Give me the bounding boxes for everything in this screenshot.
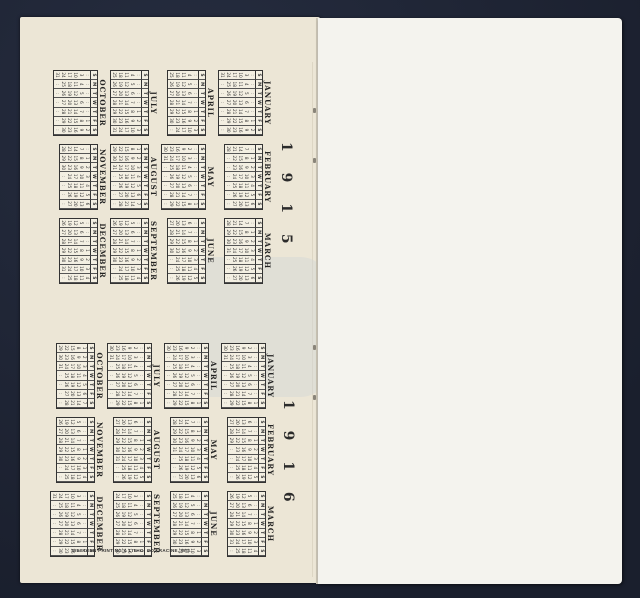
day-cell: 5 (189, 501, 195, 510)
weekday-header: S (255, 126, 262, 135)
day-cell: 5 (252, 473, 258, 482)
day-cell: 8 (243, 154, 249, 163)
day-cell: 8 (243, 228, 249, 237)
day-cell: 20 (177, 510, 183, 519)
day-cell: 19 (69, 381, 75, 390)
day-cell: 12 (132, 473, 138, 482)
day-cell: 8 (132, 399, 138, 408)
month-name: AUGUST (149, 144, 158, 210)
day-cell: 14 (180, 191, 186, 200)
day-cell: 16 (177, 344, 183, 353)
day-cell: : (252, 344, 258, 353)
day-cell: 18 (180, 265, 186, 274)
year-label-1916: 1 9 1 6 (280, 400, 296, 510)
weekday-header: M (87, 427, 94, 436)
month-name: JUNE (209, 491, 218, 557)
day-cell: : (57, 371, 63, 380)
day-cell: 5 (192, 274, 198, 283)
day-cell: 8 (186, 108, 192, 117)
month-january: JANUARYSMTWTFS:::::123456789101112131415… (218, 70, 272, 136)
weekday-header: T (141, 182, 148, 191)
weekday-header: T (258, 529, 265, 538)
weekday-header: W (201, 519, 208, 528)
day-cell: 3 (135, 265, 141, 274)
day-cell: : (111, 172, 117, 181)
day-cell: 12 (123, 219, 129, 228)
weekday-header: S (141, 145, 148, 154)
weekday-header: W (90, 172, 97, 181)
day-cell: 23 (63, 547, 69, 556)
weekday-header: M (87, 353, 94, 362)
day-cell: 7 (81, 399, 87, 408)
day-cell: 9 (246, 529, 252, 538)
day-cell: 29 (60, 117, 66, 126)
day-cell: 6 (132, 418, 138, 427)
day-cell: : (192, 89, 198, 98)
weekday-header: S (198, 126, 205, 135)
day-cell: 7 (78, 145, 84, 154)
day-cell: 19 (126, 473, 132, 482)
day-cell: 24 (57, 492, 63, 501)
day-cell: 14 (123, 237, 129, 246)
day-cell: 6 (84, 200, 90, 209)
day-cell: 22 (174, 200, 180, 209)
day-cell: 7 (186, 228, 192, 237)
day-cell: 17 (237, 246, 243, 255)
weekday-header: T (255, 108, 262, 117)
day-cell: 20 (117, 228, 123, 237)
day-cell: : (81, 436, 87, 445)
day-cell: 1 (138, 399, 144, 408)
weekday-header: S (258, 473, 265, 482)
day-cell: 1 (192, 108, 198, 117)
weekday-header: S (255, 71, 262, 80)
day-cell: : (192, 163, 198, 172)
day-cell: : (252, 362, 258, 371)
month-table: SMTWTFS:12345678910111213141516171819202… (59, 144, 98, 210)
weekday-header: F (198, 117, 205, 126)
weekday-header: S (198, 71, 205, 80)
day-cell: 13 (126, 418, 132, 427)
day-cell: : (165, 390, 171, 399)
day-cell: 18 (117, 71, 123, 80)
day-cell: : (225, 265, 231, 274)
day-cell: 29 (171, 399, 177, 408)
weekday-header: F (141, 117, 148, 126)
day-cell: 5 (246, 492, 252, 501)
day-cell: 31 (111, 126, 117, 135)
day-cell: 25 (234, 547, 240, 556)
day-cell: : (138, 381, 144, 390)
weekday-header: T (198, 237, 205, 246)
day-cell: 20 (69, 390, 75, 399)
day-cell: 26 (177, 464, 183, 473)
day-cell: 16 (123, 256, 129, 265)
day-cell: 4 (246, 362, 252, 371)
day-cell: 18 (123, 172, 129, 181)
day-cell: 26 (114, 510, 120, 519)
staple (313, 108, 316, 113)
day-cell: 17 (69, 362, 75, 371)
day-cell: 20 (174, 219, 180, 228)
month-name: JANUARY (263, 70, 272, 136)
day-cell: 13 (126, 381, 132, 390)
day-cell: 8 (189, 529, 195, 538)
day-cell: 10 (126, 353, 132, 362)
day-cell: 7 (243, 108, 249, 117)
day-cell: 28 (111, 98, 117, 107)
day-cell: 2 (135, 256, 141, 265)
day-cell: 31 (171, 445, 177, 454)
day-cell: 3 (195, 445, 201, 454)
day-cell: 26 (63, 381, 69, 390)
day-cell: 24 (234, 455, 240, 464)
day-cell: 14 (240, 427, 246, 436)
day-cell: 5 (186, 80, 192, 89)
day-cell: 17 (66, 71, 72, 80)
day-cell: 23 (234, 529, 240, 538)
day-cell: 21 (174, 98, 180, 107)
day-cell: 11 (72, 80, 78, 89)
weekday-header: S (141, 219, 148, 228)
weekday-header: S (87, 473, 94, 482)
day-cell: 21 (234, 390, 240, 399)
day-cell: : (114, 464, 120, 473)
weekday-header: S (255, 274, 262, 283)
day-cell: 8 (132, 538, 138, 547)
day-cell: 3 (132, 492, 138, 501)
day-cell: 21 (177, 519, 183, 528)
day-cell: 6 (135, 191, 141, 200)
day-cell: 1 (249, 154, 255, 163)
day-cell: 9 (78, 163, 84, 172)
day-cell: : (138, 353, 144, 362)
day-cell: 16 (126, 445, 132, 454)
day-cell: : (114, 473, 120, 482)
day-cell: 18 (69, 473, 75, 482)
day-cell: 16 (180, 246, 186, 255)
day-cell: 24 (231, 246, 237, 255)
day-cell: 23 (174, 246, 180, 255)
day-cell: : (138, 418, 144, 427)
month-may: MAYSMTWTFS::::::123456789101112131415161… (161, 144, 215, 210)
day-cell: 24 (234, 538, 240, 547)
day-cell: 4 (249, 256, 255, 265)
day-cell: 25 (66, 182, 72, 191)
weekday-header: W (144, 519, 151, 528)
day-cell: : (252, 501, 258, 510)
day-cell: 6 (78, 98, 84, 107)
day-cell: 20 (231, 98, 237, 107)
day-cell: 20 (66, 98, 72, 107)
weekday-header: S (258, 399, 265, 408)
day-cell: : (51, 529, 57, 538)
day-cell: 17 (63, 492, 69, 501)
day-cell: 23 (228, 344, 234, 353)
day-cell: 11 (132, 464, 138, 473)
day-cell: 14 (69, 436, 75, 445)
day-cell: 17 (177, 353, 183, 362)
day-cell: 15 (126, 436, 132, 445)
day-cell: : (252, 353, 258, 362)
day-cell: : (195, 381, 201, 390)
day-cell: 21 (120, 427, 126, 436)
weekday-header: W (255, 98, 262, 107)
day-cell: 15 (180, 200, 186, 209)
weekday-header: S (90, 200, 97, 209)
day-cell: 30 (228, 529, 234, 538)
weekday-header: T (201, 436, 208, 445)
day-cell: 14 (237, 145, 243, 154)
weekday-header: W (198, 246, 205, 255)
day-cell: 26 (117, 182, 123, 191)
day-cell: 28 (171, 390, 177, 399)
day-cell: 19 (174, 80, 180, 89)
day-cell: 19 (123, 182, 129, 191)
day-cell: 2 (138, 445, 144, 454)
day-cell: 12 (180, 172, 186, 181)
day-cell: 17 (72, 172, 78, 181)
day-cell: 27 (168, 219, 174, 228)
day-cell: 28 (60, 145, 66, 154)
day-cell: 3 (186, 154, 192, 163)
day-cell: 16 (123, 154, 129, 163)
day-cell: 1 (81, 538, 87, 547)
weekday-header: F (90, 191, 97, 200)
day-cell: : (168, 256, 174, 265)
day-cell: 7 (78, 237, 84, 246)
day-cell: 29 (228, 519, 234, 528)
weekday-header: T (87, 381, 94, 390)
day-cell: 20 (63, 519, 69, 528)
weekday-header: S (144, 492, 151, 501)
weekday-header: T (201, 381, 208, 390)
day-cell: 14 (75, 399, 81, 408)
day-cell: 13 (183, 381, 189, 390)
day-cell: 7 (246, 510, 252, 519)
day-cell: 18 (72, 182, 78, 191)
day-cell: 26 (171, 371, 177, 380)
day-cell: 25 (57, 501, 63, 510)
day-cell: 25 (231, 256, 237, 265)
day-cell: 26 (57, 510, 63, 519)
day-cell: : (222, 399, 228, 408)
month-table: SMTWTFS::::12345678910111213141516171819… (167, 70, 206, 136)
month-january: JANUARYSMTWTFS::::::12345678910111213141… (221, 343, 275, 409)
day-cell: : (135, 219, 141, 228)
day-cell: 30 (111, 117, 117, 126)
day-cell: : (225, 154, 231, 163)
month-name: JULY (149, 70, 158, 136)
day-cell: : (108, 399, 114, 408)
weekday-header: F (144, 538, 151, 547)
day-cell: 11 (78, 274, 84, 283)
day-cell: 27 (228, 418, 234, 427)
day-cell: 26 (171, 501, 177, 510)
day-cell: 16 (234, 344, 240, 353)
day-cell: 11 (129, 172, 135, 181)
weekday-header: T (255, 237, 262, 246)
day-cell: 23 (114, 344, 120, 353)
day-cell: 26 (174, 274, 180, 283)
weekday-header: F (144, 390, 151, 399)
weekday-header: S (201, 547, 208, 556)
weekday-header: M (90, 154, 97, 163)
month-august: AUGUSTSMTWTFS123456789101112131415161718… (110, 144, 158, 210)
day-cell: 5 (195, 464, 201, 473)
day-cell: 4 (243, 80, 249, 89)
day-cell: 30 (108, 344, 114, 353)
day-cell: 25 (171, 492, 177, 501)
day-cell: 27 (57, 519, 63, 528)
day-cell: 13 (72, 98, 78, 107)
day-cell: 24 (63, 464, 69, 473)
day-cell: 27 (228, 381, 234, 390)
day-cell: 27 (171, 381, 177, 390)
day-cell: 2 (195, 538, 201, 547)
weekday-header: F (258, 390, 265, 399)
day-cell: 2 (84, 163, 90, 172)
day-cell: 24 (231, 172, 237, 181)
day-cell: 19 (66, 219, 72, 228)
day-cell: 11 (78, 182, 84, 191)
weekday-header: W (90, 246, 97, 255)
day-cell: 5 (78, 89, 84, 98)
weekday-header: W (201, 371, 208, 380)
weekday-header: T (198, 108, 205, 117)
day-cell: 13 (69, 427, 75, 436)
day-cell: 20 (66, 228, 72, 237)
day-cell: 25 (168, 71, 174, 80)
day-cell: : (195, 519, 201, 528)
day-cell: 30 (225, 126, 231, 135)
day-cell: 14 (72, 108, 78, 117)
month-december: DECEMBERSMTWTFS:::1234567891011121314151… (53, 218, 107, 284)
day-cell: 10 (180, 154, 186, 163)
day-cell: 29 (111, 108, 117, 117)
day-cell: : (192, 182, 198, 191)
day-cell: 20 (117, 89, 123, 98)
day-cell: 11 (126, 501, 132, 510)
weekday-header: T (255, 182, 262, 191)
day-cell: 26 (168, 172, 174, 181)
day-cell: 15 (183, 427, 189, 436)
day-cell: 2 (186, 145, 192, 154)
weekday-header: F (255, 265, 262, 274)
day-cell: 27 (66, 200, 72, 209)
day-cell: : (252, 390, 258, 399)
weekday-header: T (201, 455, 208, 464)
month-november: NOVEMBERSMTWTFS:123456789101112131415161… (53, 144, 107, 210)
day-cell: 30 (171, 538, 177, 547)
day-cell: : (222, 362, 228, 371)
day-cell: 29 (114, 538, 120, 547)
day-cell: : (135, 89, 141, 98)
day-cell: 29 (111, 246, 117, 255)
day-cell: 28 (63, 399, 69, 408)
day-cell: : (54, 89, 60, 98)
weekday-header: T (141, 108, 148, 117)
day-cell: 5 (129, 219, 135, 228)
weekday-header: S (144, 418, 151, 427)
day-cell: : (108, 362, 114, 371)
day-cell: 20 (234, 381, 240, 390)
day-cell: 22 (177, 529, 183, 538)
day-cell: 14 (72, 237, 78, 246)
day-cell: 17 (120, 353, 126, 362)
day-cell: 11 (186, 265, 192, 274)
day-cell: : (81, 492, 87, 501)
day-cell: 18 (237, 256, 243, 265)
day-cell: 6 (132, 381, 138, 390)
day-cell: 13 (180, 219, 186, 228)
day-cell: 25 (63, 371, 69, 380)
day-cell: 30 (165, 344, 171, 353)
day-cell: 8 (75, 538, 81, 547)
day-cell: 14 (123, 98, 129, 107)
day-cell: : (195, 353, 201, 362)
day-cell: 5 (249, 265, 255, 274)
day-cell: 25 (168, 163, 174, 172)
day-cell: : (138, 510, 144, 519)
day-cell: 14 (237, 219, 243, 228)
day-cell: 17 (180, 256, 186, 265)
day-cell: 15 (123, 145, 129, 154)
day-cell: 9 (186, 117, 192, 126)
day-cell: : (162, 191, 168, 200)
month-table: SMTWTFS::::::123456789101112131415161718… (161, 144, 206, 210)
day-cell: : (135, 80, 141, 89)
month-table: SMTWTFS:::123456789101112131415161718192… (56, 417, 95, 483)
weekday-header: F (90, 117, 97, 126)
day-cell: 19 (63, 510, 69, 519)
day-cell: 15 (237, 117, 243, 126)
day-cell: 2 (135, 154, 141, 163)
day-cell: : (135, 71, 141, 80)
day-cell: : (228, 547, 234, 556)
day-cell: : (54, 80, 60, 89)
day-cell: 11 (180, 71, 186, 80)
day-cell: 18 (174, 71, 180, 80)
month-table: SMTWTFS::::::123456789101112131415161718… (221, 343, 266, 409)
day-cell: 25 (174, 265, 180, 274)
weekday-header: M (201, 501, 208, 510)
day-cell: 11 (75, 473, 81, 482)
day-cell: 19 (237, 191, 243, 200)
day-cell: 17 (123, 163, 129, 172)
month-table: SMTWTFS:::123456789101112131415161718192… (59, 218, 98, 284)
day-cell: 21 (120, 529, 126, 538)
day-cell: : (219, 108, 225, 117)
month-grid: JANUARYSMTWTFS::::::12345678910111213141… (50, 343, 275, 557)
day-cell: 21 (231, 145, 237, 154)
day-cell: 26 (111, 219, 117, 228)
day-cell: 30 (114, 445, 120, 454)
day-cell: 25 (60, 80, 66, 89)
day-cell: 8 (189, 399, 195, 408)
calendar-1915: JANUARYSMTWTFS:::::123456789101112131415… (53, 70, 272, 284)
day-cell: : (135, 228, 141, 237)
day-cell: 19 (177, 501, 183, 510)
month-table: SMTWTFS::::12345678910111213141516171819… (110, 70, 149, 136)
day-cell: : (81, 510, 87, 519)
day-cell: 13 (243, 200, 249, 209)
day-cell: : (60, 200, 66, 209)
day-cell: 28 (117, 200, 123, 209)
day-cell: : (51, 510, 57, 519)
day-cell: 21 (177, 418, 183, 427)
weekday-header: W (258, 519, 265, 528)
